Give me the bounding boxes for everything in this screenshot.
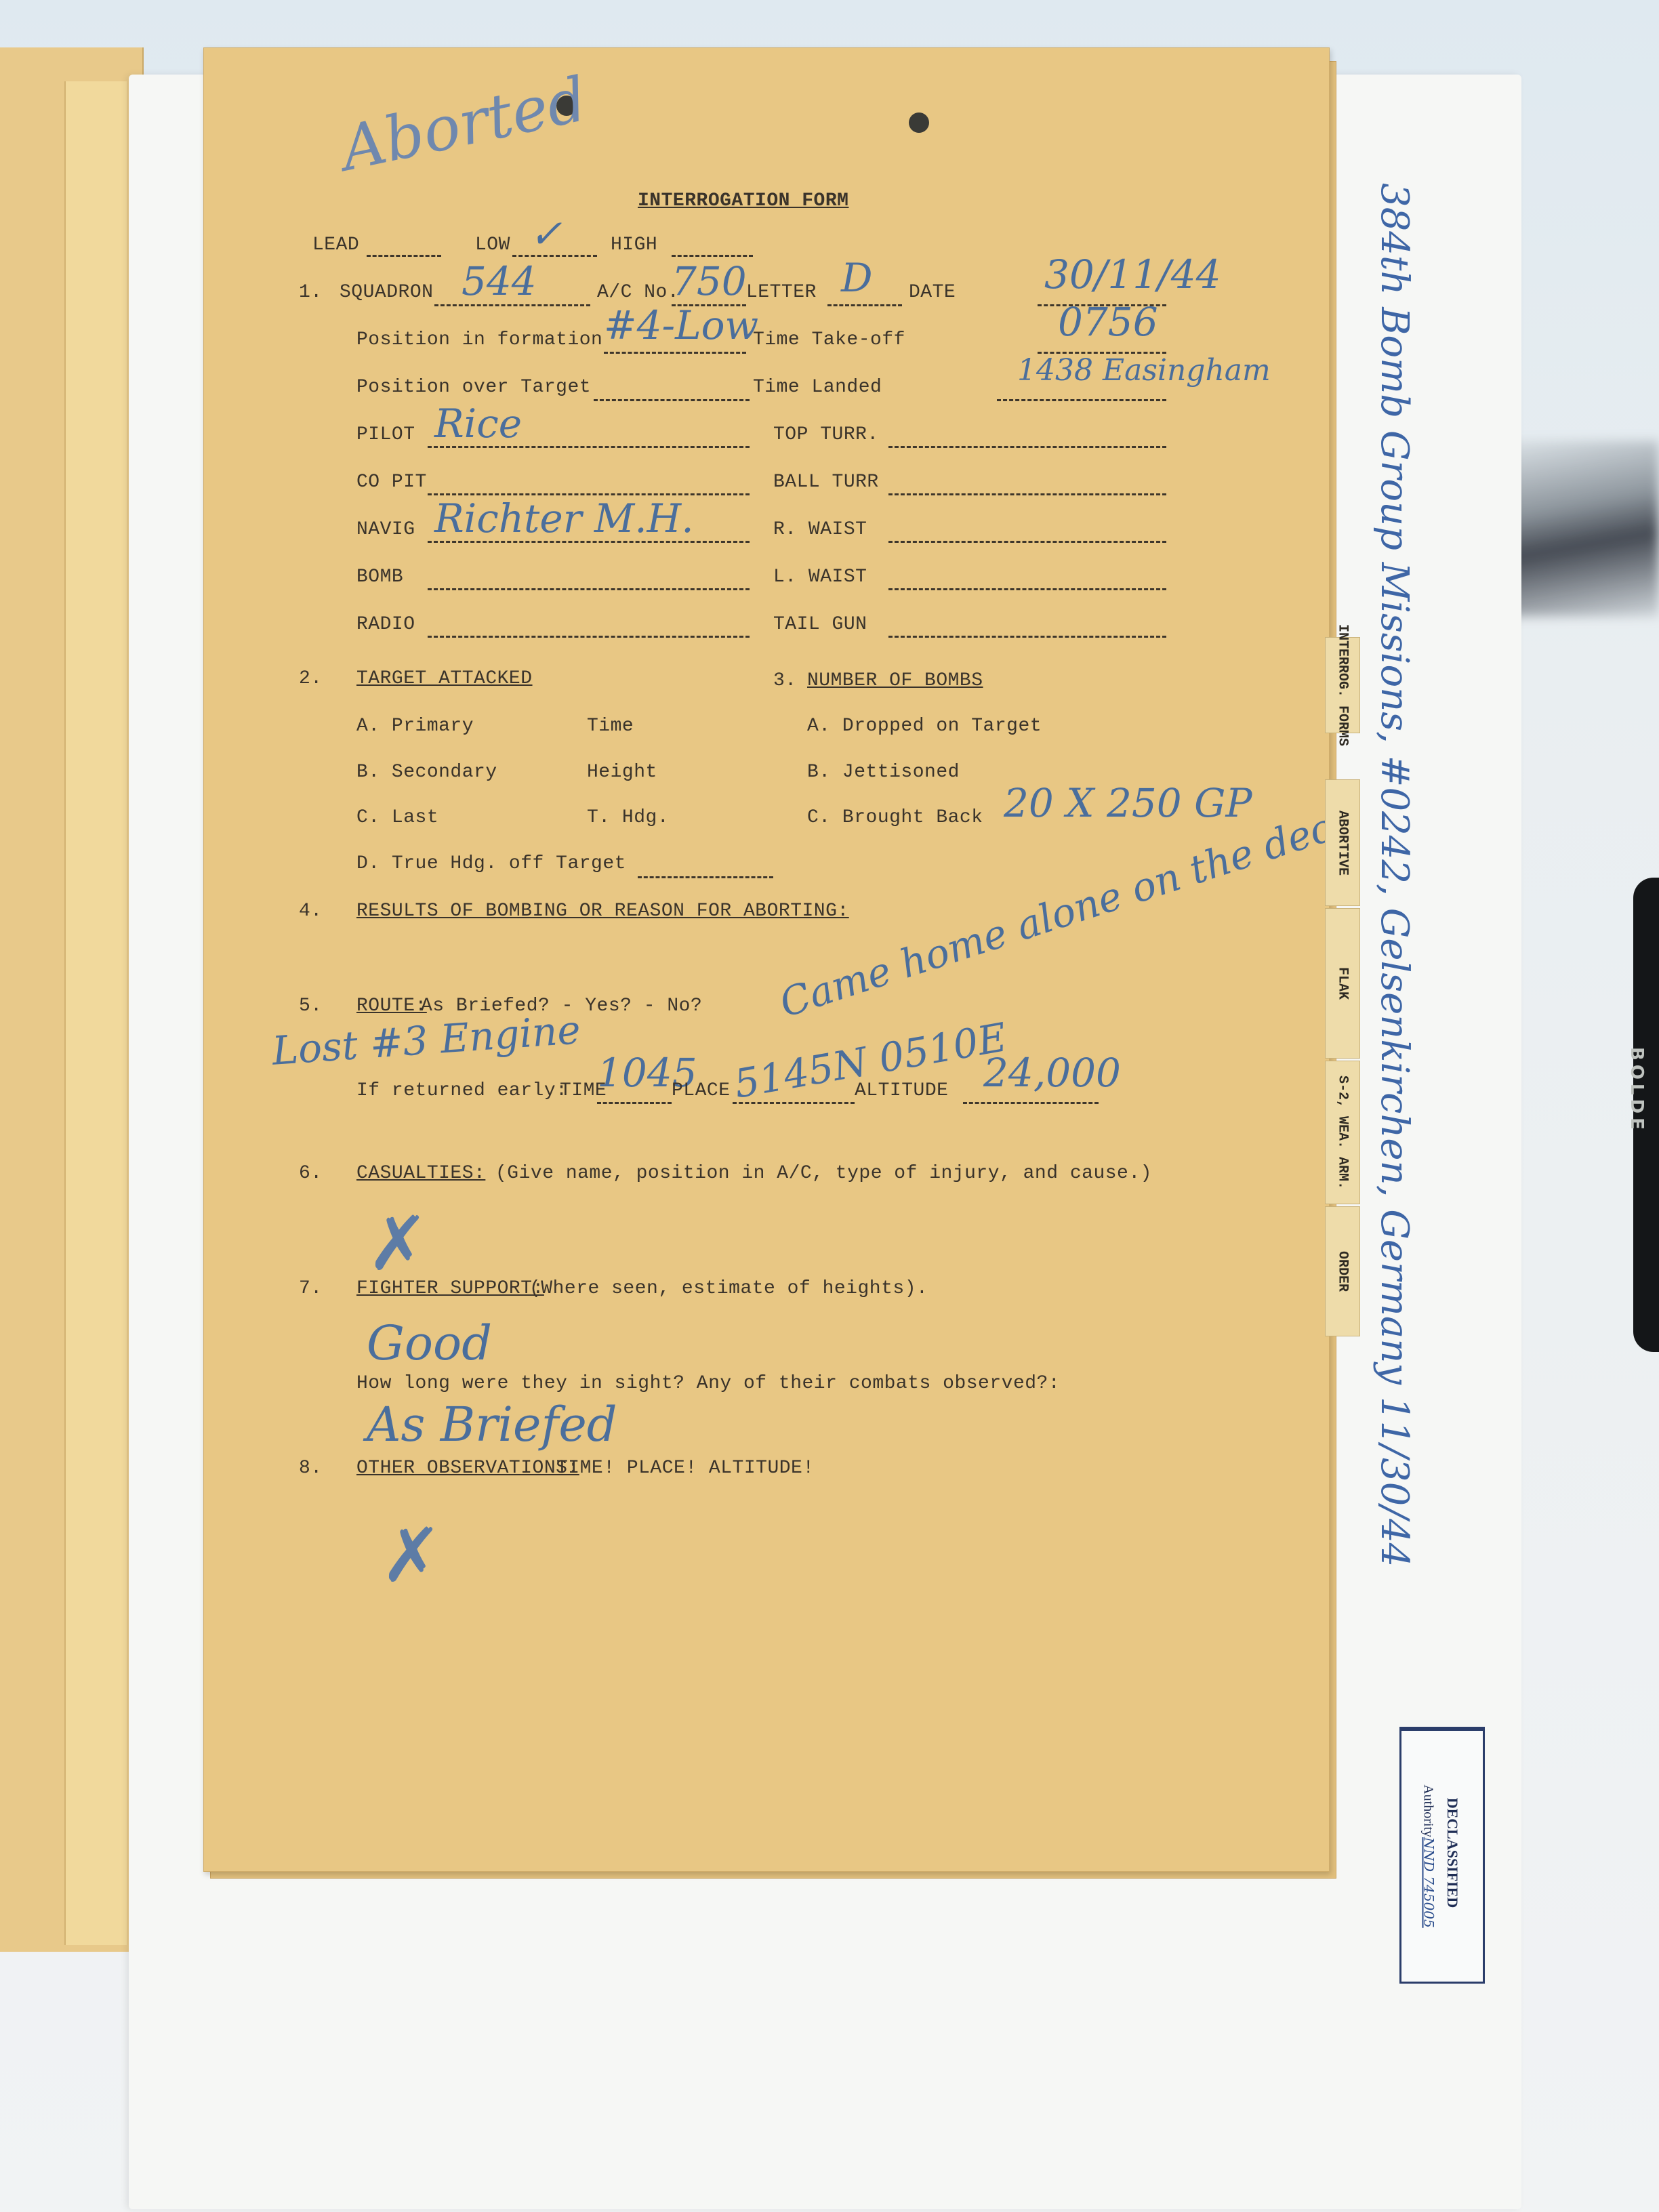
target-primary-label: A. Primary bbox=[356, 716, 474, 737]
other-observations-heading: OTHER OBSERVATIONS: bbox=[356, 1458, 579, 1479]
time-landed-field[interactable] bbox=[997, 399, 1166, 401]
crew-field[interactable] bbox=[428, 636, 750, 638]
crew-field[interactable] bbox=[428, 588, 750, 590]
true-heading-field[interactable] bbox=[638, 876, 773, 878]
target-time-label: Time bbox=[587, 716, 634, 737]
target-attacked-heading: TARGET ATTACKED bbox=[356, 668, 533, 689]
stamp-authority-label: Authority bbox=[1421, 1784, 1436, 1837]
ac-no-label: A/C No. bbox=[597, 282, 679, 303]
time-takeoff-label: Time Take-off bbox=[753, 329, 905, 350]
gunner-field[interactable] bbox=[888, 446, 1166, 448]
time-landed-value[interactable]: 1438 Easingham bbox=[1017, 353, 1271, 388]
low-field-value[interactable]: ✓ bbox=[529, 211, 562, 257]
tab-flak[interactable]: FLAK bbox=[1325, 908, 1360, 1059]
tab-label: FLAK bbox=[1335, 967, 1351, 1000]
crew-value[interactable]: Rice bbox=[434, 401, 522, 447]
casualties-instructions: (Give name, position in A/C, type of inj… bbox=[495, 1163, 1152, 1184]
section-2-number: 2. bbox=[299, 668, 323, 689]
gunner-label: BALL TURR bbox=[773, 472, 879, 493]
position-in-formation-field[interactable] bbox=[604, 352, 746, 354]
adjacent-document-stack bbox=[0, 47, 144, 1952]
position-in-formation-value[interactable]: #4-Low bbox=[604, 302, 758, 348]
high-label: HIGH bbox=[611, 234, 657, 255]
gunner-field[interactable] bbox=[888, 588, 1166, 590]
section-6-number: 6. bbox=[299, 1163, 323, 1184]
letter-field[interactable] bbox=[827, 304, 902, 306]
fighter-sight-answer: As Briefed bbox=[367, 1397, 617, 1452]
returned-early-label: If returned early: bbox=[356, 1080, 567, 1101]
crew-label: BOMB bbox=[356, 567, 403, 588]
returned-altitude-value[interactable]: 24,000 bbox=[983, 1050, 1121, 1096]
low-field[interactable] bbox=[512, 255, 597, 257]
lead-field[interactable] bbox=[367, 255, 441, 257]
punch-hole-icon bbox=[909, 112, 929, 133]
tab-label: INTERROG. FORMS bbox=[1335, 624, 1351, 746]
route-note-reason: Lost #3 Engine bbox=[270, 1006, 582, 1074]
declassified-stamp: DECLASSIFIED AuthorityNND 745005 bbox=[1399, 1727, 1485, 1984]
number-of-bombs-heading: NUMBER OF BOMBS bbox=[807, 670, 983, 691]
gunner-label: R. WAIST bbox=[773, 519, 867, 540]
position-over-target-field[interactable] bbox=[594, 399, 750, 401]
returned-altitude-field[interactable] bbox=[963, 1102, 1099, 1104]
bombs-brought-back-value[interactable]: 20 X 250 GP bbox=[1004, 780, 1252, 826]
squadron-value[interactable]: 544 bbox=[462, 258, 537, 304]
true-heading-off-target-label: D. True Hdg. off Target bbox=[356, 853, 626, 874]
gunner-field[interactable] bbox=[888, 493, 1166, 495]
device-label: BOLDE bbox=[1626, 1047, 1647, 1134]
gunner-field[interactable] bbox=[888, 541, 1166, 543]
bombs-brought-back-label: C. Brought Back bbox=[807, 807, 983, 828]
gunner-label: L. WAIST bbox=[773, 567, 867, 588]
bombs-dropped-label: A. Dropped on Target bbox=[807, 716, 1042, 737]
crew-label: NAVIG bbox=[356, 519, 415, 540]
casualties-heading: CASUALTIES: bbox=[356, 1163, 485, 1184]
stamp-authority-value: NND 745005 bbox=[1421, 1837, 1437, 1928]
section-7-number: 7. bbox=[299, 1278, 323, 1299]
interrogation-form-sheet: Aborted INTERROGATION FORM LEAD LOW ✓ HI… bbox=[203, 47, 1330, 1872]
returned-place-field[interactable] bbox=[733, 1102, 855, 1104]
stamp-title: DECLASSIFIED bbox=[1443, 1798, 1461, 1908]
route-note-return: Came home alone on the deck bbox=[774, 796, 1361, 1026]
time-landed-label: Time Landed bbox=[753, 377, 882, 398]
fighter-support-value: Good bbox=[367, 1315, 492, 1371]
fighter-support-instructions: (Where seen, estimate of heights). bbox=[529, 1278, 928, 1299]
target-secondary-label: B. Secondary bbox=[356, 762, 497, 783]
lead-label: LEAD bbox=[312, 234, 359, 255]
tab-label: ORDER bbox=[1335, 1251, 1351, 1292]
crew-value[interactable]: Richter M.H. bbox=[434, 495, 694, 541]
stamp-authority: AuthorityNND 745005 bbox=[1420, 1784, 1437, 1928]
position-in-formation-label: Position in formation bbox=[356, 329, 602, 350]
section-4-number: 4. bbox=[299, 901, 323, 922]
tab-label: ABORTIVE bbox=[1335, 810, 1351, 875]
section-1-number: 1. bbox=[299, 282, 323, 303]
target-last-label: C. Last bbox=[356, 807, 438, 828]
tab-label: S-2, WEA. ARM. bbox=[1335, 1076, 1351, 1189]
returned-altitude-label: ALTITUDE bbox=[855, 1080, 948, 1101]
target-height-label: Height bbox=[587, 762, 657, 783]
letter-value[interactable]: D bbox=[841, 255, 873, 301]
date-label: DATE bbox=[909, 282, 956, 303]
tab-interrog-forms[interactable]: INTERROG. FORMS bbox=[1325, 637, 1360, 733]
stack-edge bbox=[64, 81, 127, 1945]
aborted-handwritten-mark: Aborted bbox=[335, 64, 593, 185]
fighter-sight-question: How long were they in sight? Any of thei… bbox=[356, 1373, 1060, 1394]
tab-abortive[interactable]: ABORTIVE bbox=[1325, 779, 1360, 906]
time-takeoff-value[interactable]: 0756 bbox=[1058, 299, 1158, 345]
folder-spine-note: 384th Bomb Group Missions, #0242, Gelsen… bbox=[1372, 183, 1416, 1567]
section-8-number: 8. bbox=[299, 1458, 323, 1479]
crew-label: RADIO bbox=[356, 614, 415, 635]
form-title: INTERROGATION FORM bbox=[638, 190, 848, 211]
fighter-support-heading: FIGHTER SUPPORT: bbox=[356, 1278, 544, 1299]
returned-place-label: PLACE bbox=[672, 1080, 731, 1101]
returned-time-field[interactable] bbox=[597, 1102, 672, 1104]
low-label: LOW bbox=[475, 234, 510, 255]
squadron-field[interactable] bbox=[434, 304, 590, 306]
section-5-number: 5. bbox=[299, 996, 323, 1017]
gunner-label: TOP TURR. bbox=[773, 424, 879, 445]
high-field[interactable] bbox=[672, 255, 753, 257]
ac-no-value[interactable]: 750 bbox=[672, 258, 747, 304]
bombs-jettisoned-label: B. Jettisoned bbox=[807, 762, 960, 783]
crew-label: PILOT bbox=[356, 424, 415, 445]
scanner-device: BOLDE bbox=[1633, 878, 1659, 1352]
tab-order[interactable]: ORDER bbox=[1325, 1206, 1360, 1336]
position-over-target-label: Position over Target bbox=[356, 377, 591, 398]
date-value[interactable]: 30/11/44 bbox=[1044, 251, 1221, 298]
casualties-none-mark: ✗ bbox=[367, 1200, 429, 1287]
section-3-number: 3. bbox=[773, 670, 797, 691]
letter-label: LETTER bbox=[746, 282, 817, 303]
squadron-label: SQUADRON bbox=[340, 282, 433, 303]
route-heading: ROUTE: bbox=[356, 996, 427, 1017]
gunner-field[interactable] bbox=[888, 636, 1166, 638]
results-of-bombing-heading: RESULTS OF BOMBING OR REASON FOR ABORTIN… bbox=[356, 901, 849, 922]
target-heading-label: T. Hdg. bbox=[587, 807, 669, 828]
gunner-label: TAIL GUN bbox=[773, 614, 867, 635]
other-observations-instructions: TIME! PLACE! ALTITUDE! bbox=[556, 1458, 815, 1479]
observations-none-mark: ✗ bbox=[380, 1512, 443, 1599]
tab-s2-wea-arm[interactable]: S-2, WEA. ARM. bbox=[1325, 1061, 1360, 1204]
crew-label: CO PIT bbox=[356, 472, 427, 493]
